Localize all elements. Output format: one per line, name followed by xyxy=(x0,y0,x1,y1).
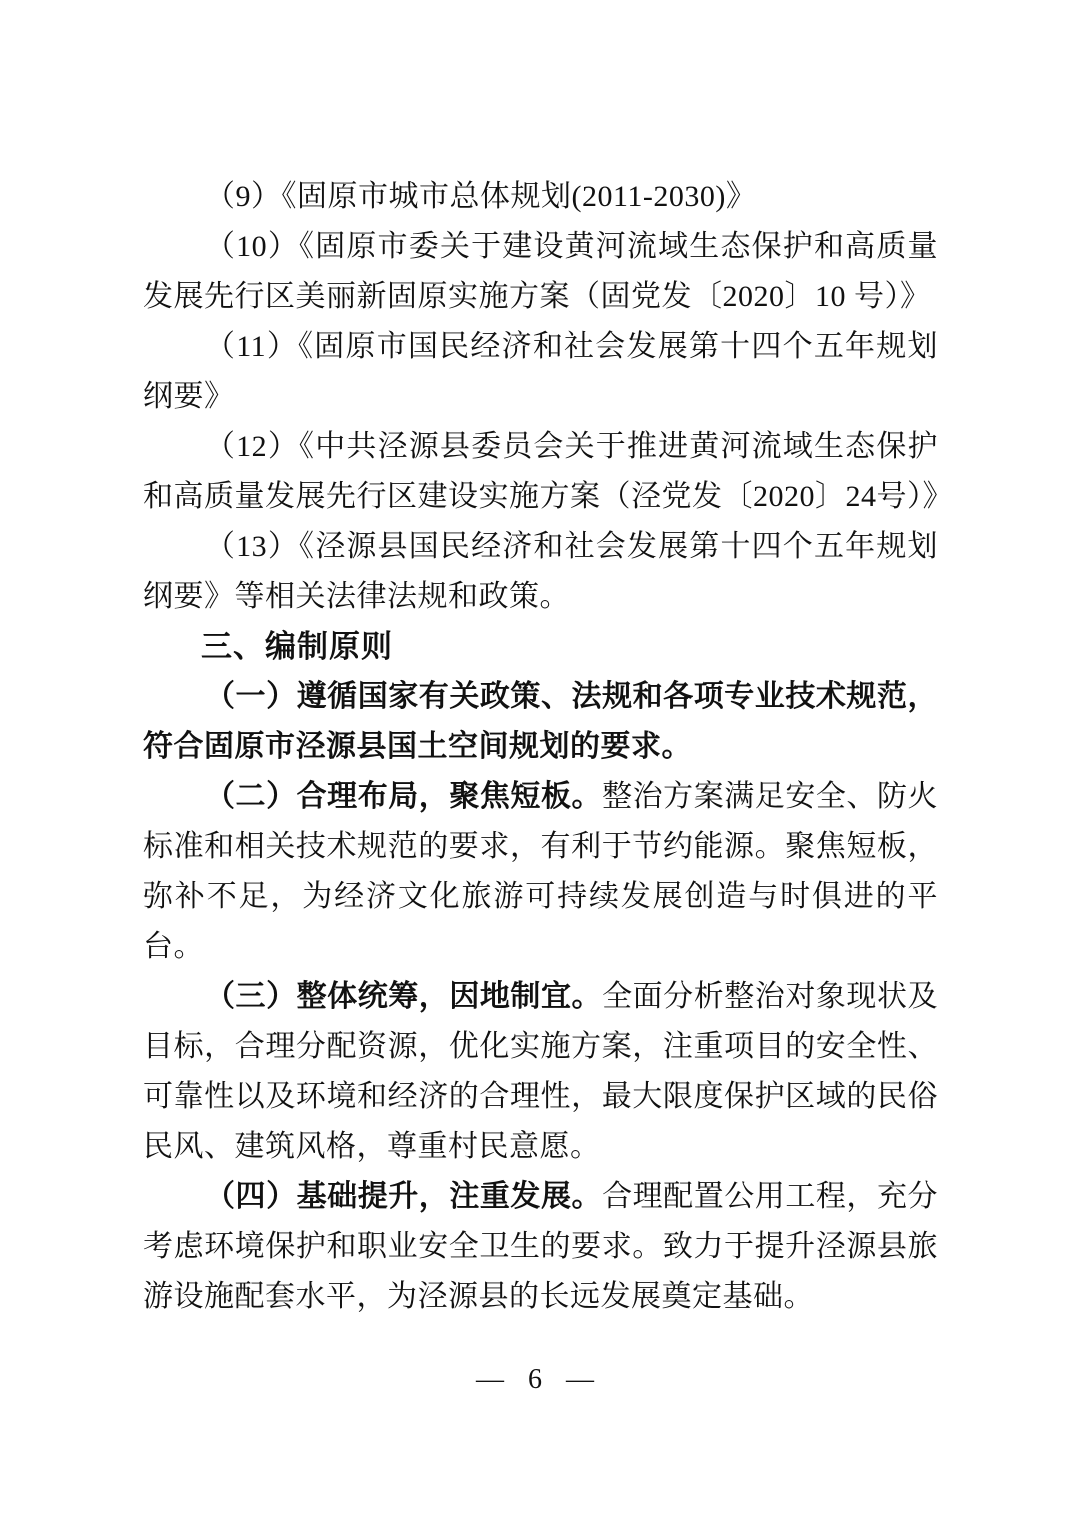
document-page: （9）《固原市城市总体规划(2011-2030)》 （10）《固原市委关于建设黄… xyxy=(143,172,938,1322)
page-footer: — 6 — xyxy=(0,1360,1070,1400)
page-number: 6 xyxy=(528,1360,542,1400)
principle-paragraph-2: （二）合理布局，聚焦短板。整治方案满足安全、防火标准和相关技术规范的要求，有利于… xyxy=(143,772,938,972)
principle-paragraph-1: （一）遵循国家有关政策、法规和各项专业技术规范，符合固原市泾源县国土空间规划的要… xyxy=(143,672,938,772)
principle-4-lead: （四）基础提升，注重发展。 xyxy=(205,1180,602,1213)
principle-3-lead: （三）整体统筹，因地制宜。 xyxy=(205,980,602,1013)
section-heading: 三、编制原则 xyxy=(143,622,938,672)
principle-1-lead: （一）遵循国家有关政策、法规和各项专业技术规范，符合固原市泾源县国土空间规划的要… xyxy=(143,680,938,763)
reference-item-11: （11）《固原市国民经济和社会发展第十四个五年规划纲要》 xyxy=(143,322,938,422)
principle-2-lead: （二）合理布局，聚焦短板。 xyxy=(205,780,602,813)
footer-right-dash: — xyxy=(566,1360,594,1400)
reference-item-9: （9）《固原市城市总体规划(2011-2030)》 xyxy=(143,172,938,222)
principle-paragraph-3: （三）整体统筹，因地制宜。全面分析整治对象现状及目标，合理分配资源，优化实施方案… xyxy=(143,972,938,1172)
reference-item-12: （12）《中共泾源县委员会关于推进黄河流域生态保护和高质量发展先行区建设实施方案… xyxy=(143,422,938,522)
principle-paragraph-4: （四）基础提升，注重发展。合理配置公用工程，充分考虑环境保护和职业安全卫生的要求… xyxy=(143,1172,938,1322)
footer-left-dash: — xyxy=(476,1360,504,1400)
reference-item-10: （10）《固原市委关于建设黄河流域生态保护和高质量发展先行区美丽新固原实施方案（… xyxy=(143,222,938,322)
reference-item-13: （13）《泾源县国民经济和社会发展第十四个五年规划纲要》等相关法律法规和政策。 xyxy=(143,522,938,622)
